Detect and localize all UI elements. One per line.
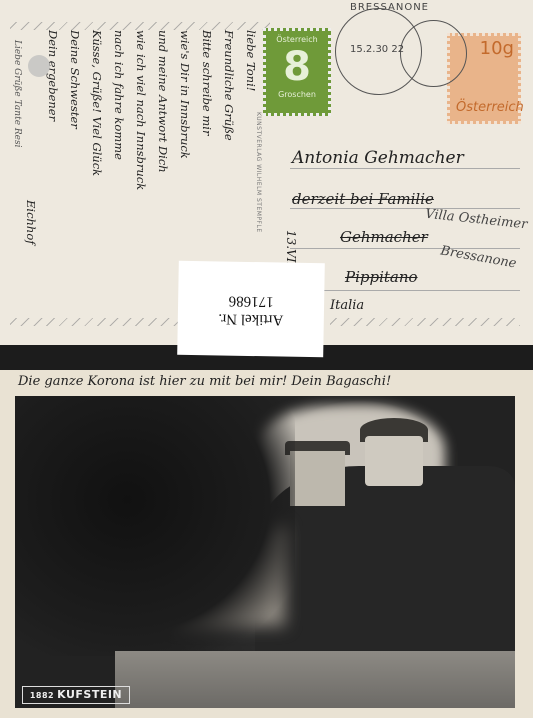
stamp-country: Österreich [266, 35, 328, 44]
article-number: 171686 [178, 291, 324, 311]
kufstein-fortress-photo [15, 396, 515, 708]
photo-number: 1882 [30, 691, 54, 700]
message-line: Dein ergebener [46, 30, 60, 121]
stamp-unit: Groschen [266, 90, 328, 99]
tree-silhouette [15, 396, 295, 656]
stamp-value: 8 [266, 44, 328, 90]
article-title: Artikel Nr. [178, 309, 324, 329]
postmark [400, 20, 467, 87]
message-line: Eichhof [24, 200, 38, 245]
message-line: wie's Dir in Innsbruck [178, 30, 192, 159]
river [115, 651, 515, 708]
address-correction: Villa Ostheimer [424, 207, 528, 233]
border-ornament [10, 318, 180, 326]
message-line: liebe Toni! [244, 30, 258, 91]
address-line [290, 208, 520, 209]
article-number-label: Artikel Nr. 171686 [177, 261, 325, 358]
postage-stamp-green: Österreich 8 Groschen [263, 28, 331, 116]
photo-caption: 1882KUFSTEIN [22, 686, 130, 704]
fortress-tower [365, 436, 423, 486]
postmark-date: 15.2.30 22 [350, 44, 404, 55]
address-country: Italia [330, 298, 364, 313]
message-line: Küsse, Grüße! Viel Glück [90, 30, 104, 176]
side-note: Liebe Grüße Tante Resi [12, 40, 22, 148]
postmark-text: BRESSANONE [350, 2, 429, 13]
message-line: nach ich fahre komme [112, 30, 126, 160]
address-line-3: Gehmacher [340, 228, 428, 246]
address-name: Antonia Gehmacher [292, 148, 464, 168]
stamp-value: 10g [480, 38, 514, 59]
stamp-country: Österreich [456, 100, 524, 115]
publisher-imprint: KUNSTVERLAG WILHELM STEMPFLE [255, 112, 262, 233]
message-line: und meine Antwort Dich [156, 30, 170, 173]
address-line-2: derzeit bei Familie [292, 190, 434, 208]
message-line: wie ich viel nach Innsbruck [134, 30, 148, 190]
seal-stamp [28, 55, 50, 77]
message-line: Bitte schreibe mir [200, 30, 214, 135]
message-line: Deine Schwester [68, 30, 82, 129]
address-line [290, 168, 520, 169]
message-line: Freundliche Grüße [222, 30, 236, 141]
address-line-4: Pippitano [345, 268, 418, 286]
address-line [290, 290, 520, 291]
fortress-building [290, 451, 345, 506]
border-ornament [10, 22, 270, 30]
address-line [290, 248, 520, 249]
front-handwritten-caption: Die ganze Korona ist hier zu mit bei mir… [18, 374, 391, 389]
border-ornament [330, 318, 520, 326]
photo-place: KUFSTEIN [57, 688, 122, 701]
